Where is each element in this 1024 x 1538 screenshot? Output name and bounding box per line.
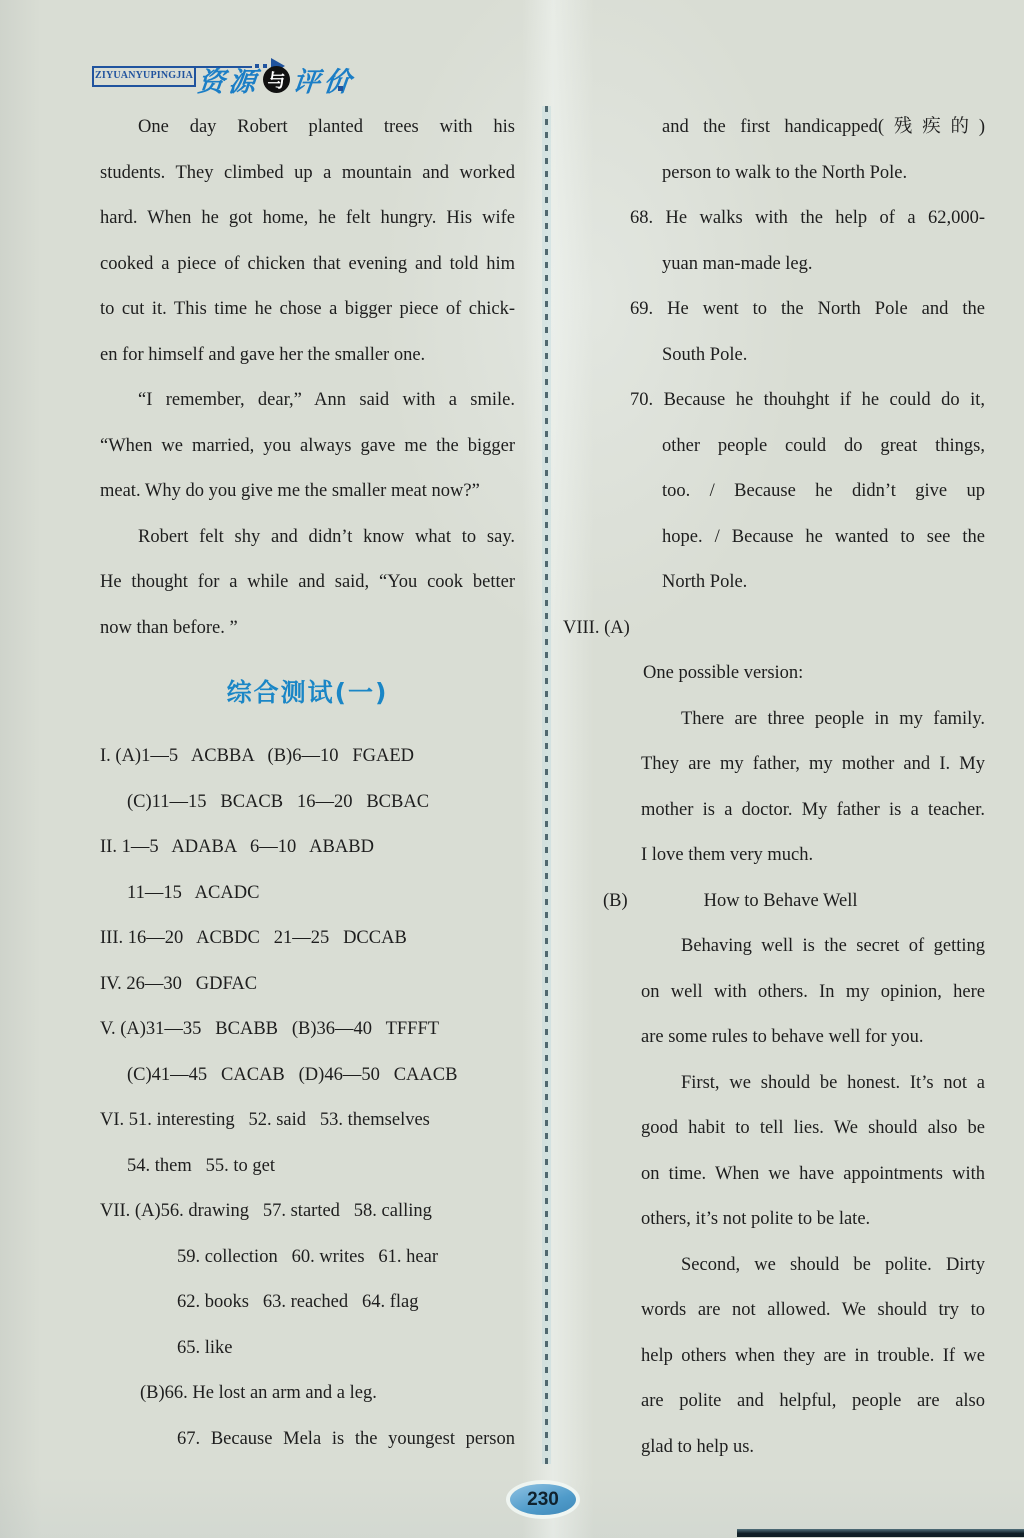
answer-line: yuan man-made leg. — [563, 242, 985, 288]
answer-line: 62. books 63. reached 64. flag — [100, 1280, 515, 1326]
answer-line: (C)11—15 BCACB 16—20 BCBAC — [100, 780, 515, 826]
essay-intro: One possible version: — [563, 651, 985, 697]
essay-line: are polite and helpful, people are also — [563, 1379, 985, 1425]
logo-end-dot — [338, 86, 343, 91]
page-number-badge: 230 — [510, 1484, 576, 1515]
logo-title-right: 评价 — [291, 60, 357, 99]
page-edge-line — [737, 1529, 1024, 1537]
essay-line: glad to help us. — [563, 1425, 985, 1471]
story-line: now than before. ” — [100, 606, 515, 652]
essay-line: on well with others. In my opinion, here — [563, 970, 985, 1016]
logo-title-left: 资源 — [196, 60, 262, 99]
essay-line: I love them very much. — [563, 833, 985, 879]
answer-line: VI. 51. interesting 52. said 53. themsel… — [100, 1098, 515, 1144]
essay-line: mother is a doctor. My father is a teach… — [563, 788, 985, 834]
story-line: Robert felt shy and didn’t know what to … — [100, 515, 515, 561]
answer-line: other people could do great things, — [563, 424, 985, 470]
essay-line: First, we should be honest. It’s not a — [563, 1061, 985, 1107]
right-column: and the first handicapped(残疾的) person to… — [563, 105, 985, 1470]
logo-title: 资源 与 评价 — [198, 60, 355, 99]
essay-line: good habit to tell lies. We should also … — [563, 1106, 985, 1152]
answer-line: 11—15 ACADC — [100, 871, 515, 917]
story-line: hard. When he got home, he felt hungry. … — [100, 196, 515, 242]
logo-pinyin-box: ZIYUANYUPINGJIA — [92, 66, 196, 87]
answer-line: (B)66. He lost an arm and a leg. — [100, 1371, 515, 1417]
answer-line: VII. (A)56. drawing 57. started 58. call… — [100, 1189, 515, 1235]
essay-line: They are my father, my mother and I. My — [563, 742, 985, 788]
story-line: One day Robert planted trees with his — [100, 105, 515, 151]
answer-line: IV. 26—30 GDFAC — [100, 962, 515, 1008]
left-column: One day Robert planted trees with his st… — [100, 105, 515, 1462]
answer-line: 54. them 55. to get — [100, 1144, 515, 1190]
story-line: meat. Why do you give me the smaller mea… — [100, 469, 515, 515]
essay-b-heading: (B) How to Behave Well — [563, 879, 985, 925]
essay-line: Behaving well is the secret of getting — [563, 924, 985, 970]
answer-line: person to walk to the North Pole. — [563, 151, 985, 197]
section-label: VIII. (A) — [563, 606, 985, 652]
essay-line: on time. When we have appointments with — [563, 1152, 985, 1198]
story-line: “When we married, you always gave me the… — [100, 424, 515, 470]
answer-line: II. 1—5 ADABA 6—10 ABABD — [100, 825, 515, 871]
essay-b-title: How to Behave Well — [704, 879, 858, 925]
answer-line: 68. He walks with the help of a 62,000- — [563, 196, 985, 242]
essay-line: others, it’s not polite to be late. — [563, 1197, 985, 1243]
essay-line: help others when they are in trouble. If… — [563, 1334, 985, 1380]
story-line: en for himself and gave her the smaller … — [100, 333, 515, 379]
logo-circle-glyph: 与 — [263, 66, 290, 93]
answer-line: too. / Because he didn’t give up — [563, 469, 985, 515]
story-line: students. They climbed up a mountain and… — [100, 151, 515, 197]
story-line: to cut it. This time he chose a bigger p… — [100, 287, 515, 333]
answer-line: hope. / Because he wanted to see the — [563, 515, 985, 561]
answer-line: 59. collection 60. writes 61. hear — [100, 1235, 515, 1281]
answer-line: 67. Because Mela is the youngest person — [100, 1417, 515, 1463]
section-heading: 综合测试(一) — [100, 651, 515, 734]
essay-line: There are three people in my family. — [563, 697, 985, 743]
story-line: cooked a piece of chicken that evening a… — [100, 242, 515, 288]
answer-line: III. 16—20 ACBDC 21—25 DCCAB — [100, 916, 515, 962]
essay-line: Second, we should be polite. Dirty — [563, 1243, 985, 1289]
story-line: He thought for a while and said, “You co… — [100, 560, 515, 606]
essay-line: are some rules to behave well for you. — [563, 1015, 985, 1061]
answer-line: South Pole. — [563, 333, 985, 379]
answer-line: (C)41—45 CACAB (D)46—50 CAACB — [100, 1053, 515, 1099]
essay-b-label: (B) — [603, 879, 628, 925]
story-line: “I remember, dear,” Ann said with a smil… — [100, 378, 515, 424]
answer-line: 65. like — [100, 1326, 515, 1372]
answer-line: V. (A)31—35 BCABB (B)36—40 TFFFT — [100, 1007, 515, 1053]
answer-line: 70. Because he thouhght if he could do i… — [563, 378, 985, 424]
answer-line: I. (A)1—5 ACBBA (B)6—10 FGAED — [100, 734, 515, 780]
essay-line: words are not allowed. We should try to — [563, 1288, 985, 1334]
logo-pinyin: ZIYUANYUPINGJIA — [95, 70, 193, 81]
column-divider — [545, 106, 548, 1464]
page-number: 230 — [527, 1489, 559, 1511]
answer-line: and the first handicapped(残疾的) — [563, 105, 985, 151]
scanned-workbook-page: { "header": { "pinyin": "ZIYUANYUPINGJIA… — [0, 0, 1024, 1538]
answer-line: 69. He went to the North Pole and the — [563, 287, 985, 333]
answer-line: North Pole. — [563, 560, 985, 606]
brand-logo: ZIYUANYUPINGJIA 资源 与 评价 — [92, 54, 392, 106]
